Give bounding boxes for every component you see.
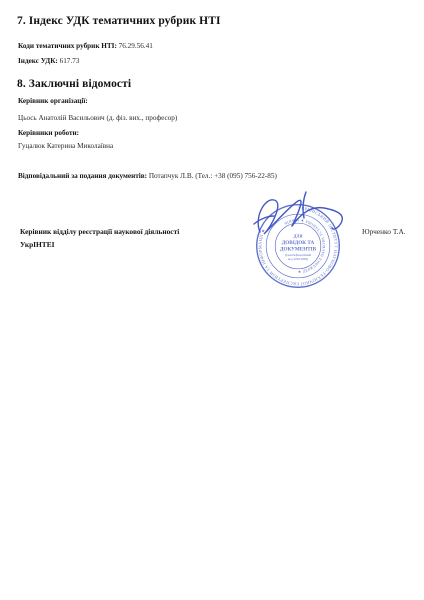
udc-index-value: 617.73 — [58, 57, 80, 65]
signoff-position-line1: Керівник відділу реєстрації наукової дія… — [20, 226, 179, 239]
nti-codes-row: Коди тематичних рубрик НТІ: 76.29.56.41 — [18, 42, 153, 50]
signature-icon — [246, 188, 376, 250]
responsible-value: Потапчук Л.В. (Тел.: +38 (095) 756-22-85… — [147, 172, 277, 180]
responsible-label: Відповідальний за подання документів: — [18, 172, 147, 180]
work-heads-value: Гуцалюк Катерина Миколаївна — [18, 142, 113, 150]
stamp-center-line4: (ідентифікаційний — [285, 253, 312, 257]
nti-codes-label: Коди тематичних рубрик НТІ: — [18, 42, 117, 50]
nti-codes-value: 76.29.56.41 — [117, 42, 153, 50]
section7-heading: 7. Індекс УДК тематичних рубрик НТІ — [17, 15, 221, 27]
signature — [246, 188, 376, 250]
udc-index-row: Індекс УДК: 617.73 — [18, 57, 79, 65]
udc-index-label: Індекс УДК: — [18, 57, 58, 65]
section8-heading: 8. Заключні відомості — [17, 78, 131, 90]
org-head-value: Цьось Анатолій Васильович (д. фіз. вих.,… — [18, 114, 177, 122]
stamp-center-line5: код 40814998) — [288, 257, 308, 261]
document-page: 7. Індекс УДК тематичних рубрик НТІ Коди… — [0, 0, 424, 600]
signoff-position-line2: УкрІНТЕІ — [20, 239, 179, 252]
org-head-label: Керівник організації: — [18, 97, 88, 105]
work-heads-label: Керівники роботи: — [18, 129, 79, 137]
signoff-position: Керівник відділу реєстрації наукової дія… — [20, 226, 179, 251]
responsible-row: Відповідальний за подання документів: По… — [18, 172, 277, 180]
